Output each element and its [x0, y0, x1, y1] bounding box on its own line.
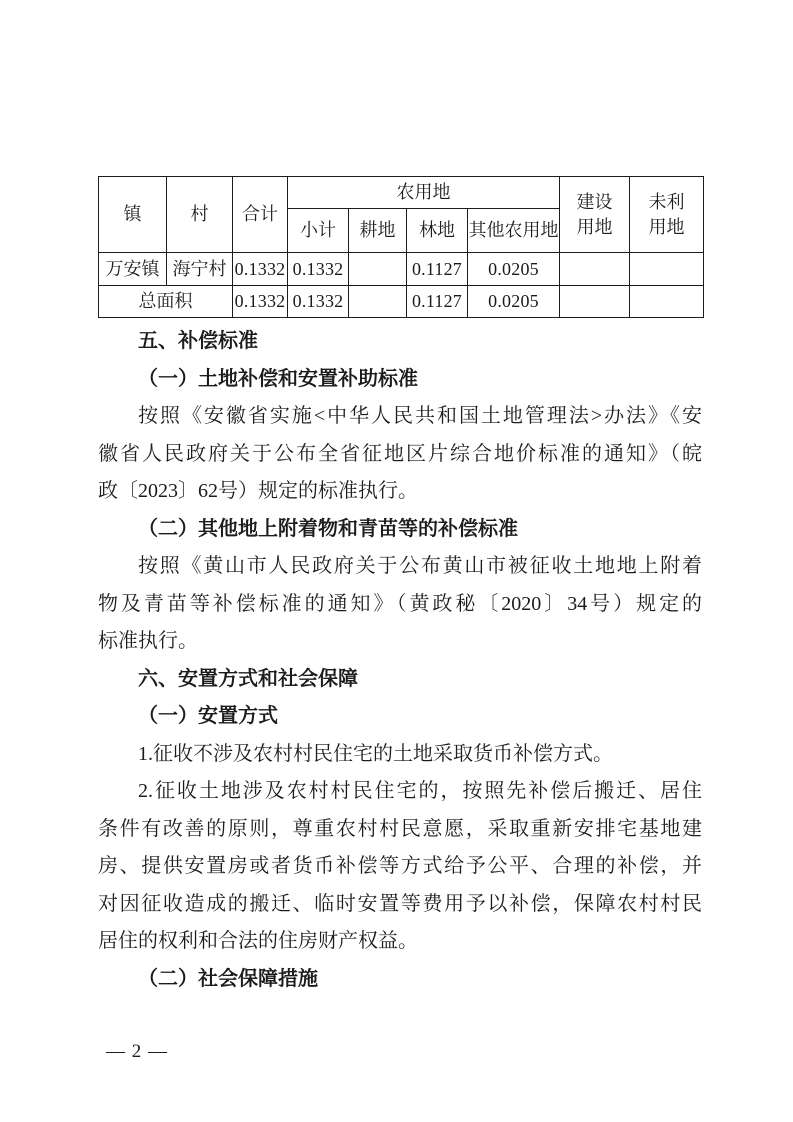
subheading-attachments-compensation: （二）其他地上附着物和青苗等的补偿标准 [98, 511, 702, 549]
subheading-social-security-measures: （二）社会保障措施 [98, 961, 702, 999]
col-header-unused-land: 未利 用地 [630, 177, 704, 253]
cell-construction [560, 286, 630, 318]
cell-subtotal: 0.1332 [288, 253, 349, 286]
cell-construction [560, 253, 630, 286]
paragraph-line: 徽省人民政府关于公布全省征地区片综合地价标准的通知》（皖 [98, 436, 702, 474]
col-header-construction-land: 建设 用地 [560, 177, 630, 253]
paragraph-line: 条件有改善的原则，尊重农村村民意愿，采取重新安排宅基地建 [98, 811, 702, 849]
table-row: 万安镇 海宁村 0.1332 0.1332 0.1127 0.0205 [99, 253, 704, 286]
subheading-resettlement-method: （一）安置方式 [98, 698, 702, 736]
heading-compensation-standards: 五、补偿标准 [98, 323, 702, 361]
cell-total: 0.1332 [233, 253, 288, 286]
paragraph-line: 按照《安徽省实施<中华人民共和国土地管理法>办法》《安 [98, 398, 702, 436]
cell-town: 万安镇 [99, 253, 167, 286]
cell-unused [630, 253, 704, 286]
cell-cultivated [349, 286, 407, 318]
col-header-total: 合计 [233, 177, 288, 253]
document-body: 五、补偿标准 （一）土地补偿和安置补助标准 按照《安徽省实施<中华人民共和国土地… [98, 323, 702, 998]
cell-total: 0.1332 [233, 286, 288, 318]
cell-unused [630, 286, 704, 318]
paragraph-line: 按照《黄山市人民政府关于公布黄山市被征收土地地上附着 [98, 548, 702, 586]
cell-subtotal: 0.1332 [288, 286, 349, 318]
subheading-land-compensation: （一）土地补偿和安置补助标准 [98, 361, 702, 399]
page-number: — 2 — [106, 1040, 168, 1064]
cell-other-agricultural: 0.0205 [468, 253, 560, 286]
list-item-2: 2.征收土地涉及农村村民住宅的，按照先补偿后搬迁、居住 [98, 773, 702, 811]
cell-total-area-label: 总面积 [99, 286, 233, 318]
heading-resettlement-social-security: 六、安置方式和社会保障 [98, 661, 702, 699]
col-header-agricultural-land: 农用地 [288, 177, 560, 209]
paragraph-line: 政〔2023〕62号）规定的标准执行。 [98, 473, 702, 511]
cell-forest: 0.1127 [407, 286, 468, 318]
table-row-total: 总面积 0.1332 0.1332 0.1127 0.0205 [99, 286, 704, 318]
paragraph-line: 居住的权利和合法的住房财产权益。 [98, 923, 702, 961]
col-header-town: 镇 [99, 177, 167, 253]
paragraph-line: 物及青苗等补偿标准的通知》（黄政秘〔2020〕34号）规定的 [98, 586, 702, 624]
paragraph-line: 对因征收造成的搬迁、临时安置等费用予以补偿，保障农村村民 [98, 886, 702, 924]
col-header-village: 村 [167, 177, 233, 253]
col-header-forest-land: 林地 [407, 209, 468, 253]
paragraph-line: 房、提供安置房或者货币补偿等方式给予公平、合理的补偿，并 [98, 848, 702, 886]
col-header-cultivated-land: 耕地 [349, 209, 407, 253]
cell-cultivated [349, 253, 407, 286]
cell-forest: 0.1127 [407, 253, 468, 286]
col-header-subtotal: 小计 [288, 209, 349, 253]
cell-village: 海宁村 [167, 253, 233, 286]
list-item-1: 1.征收不涉及农村村民住宅的土地采取货币补偿方式。 [98, 736, 702, 774]
cell-other-agricultural: 0.0205 [468, 286, 560, 318]
col-header-other-agricultural-land: 其他农用地 [468, 209, 560, 253]
land-area-table: 镇 村 合计 农用地 建设 用地 未利 用地 小计 耕地 林地 其他农用地 万安… [98, 176, 704, 318]
paragraph-line: 标准执行。 [98, 623, 702, 661]
